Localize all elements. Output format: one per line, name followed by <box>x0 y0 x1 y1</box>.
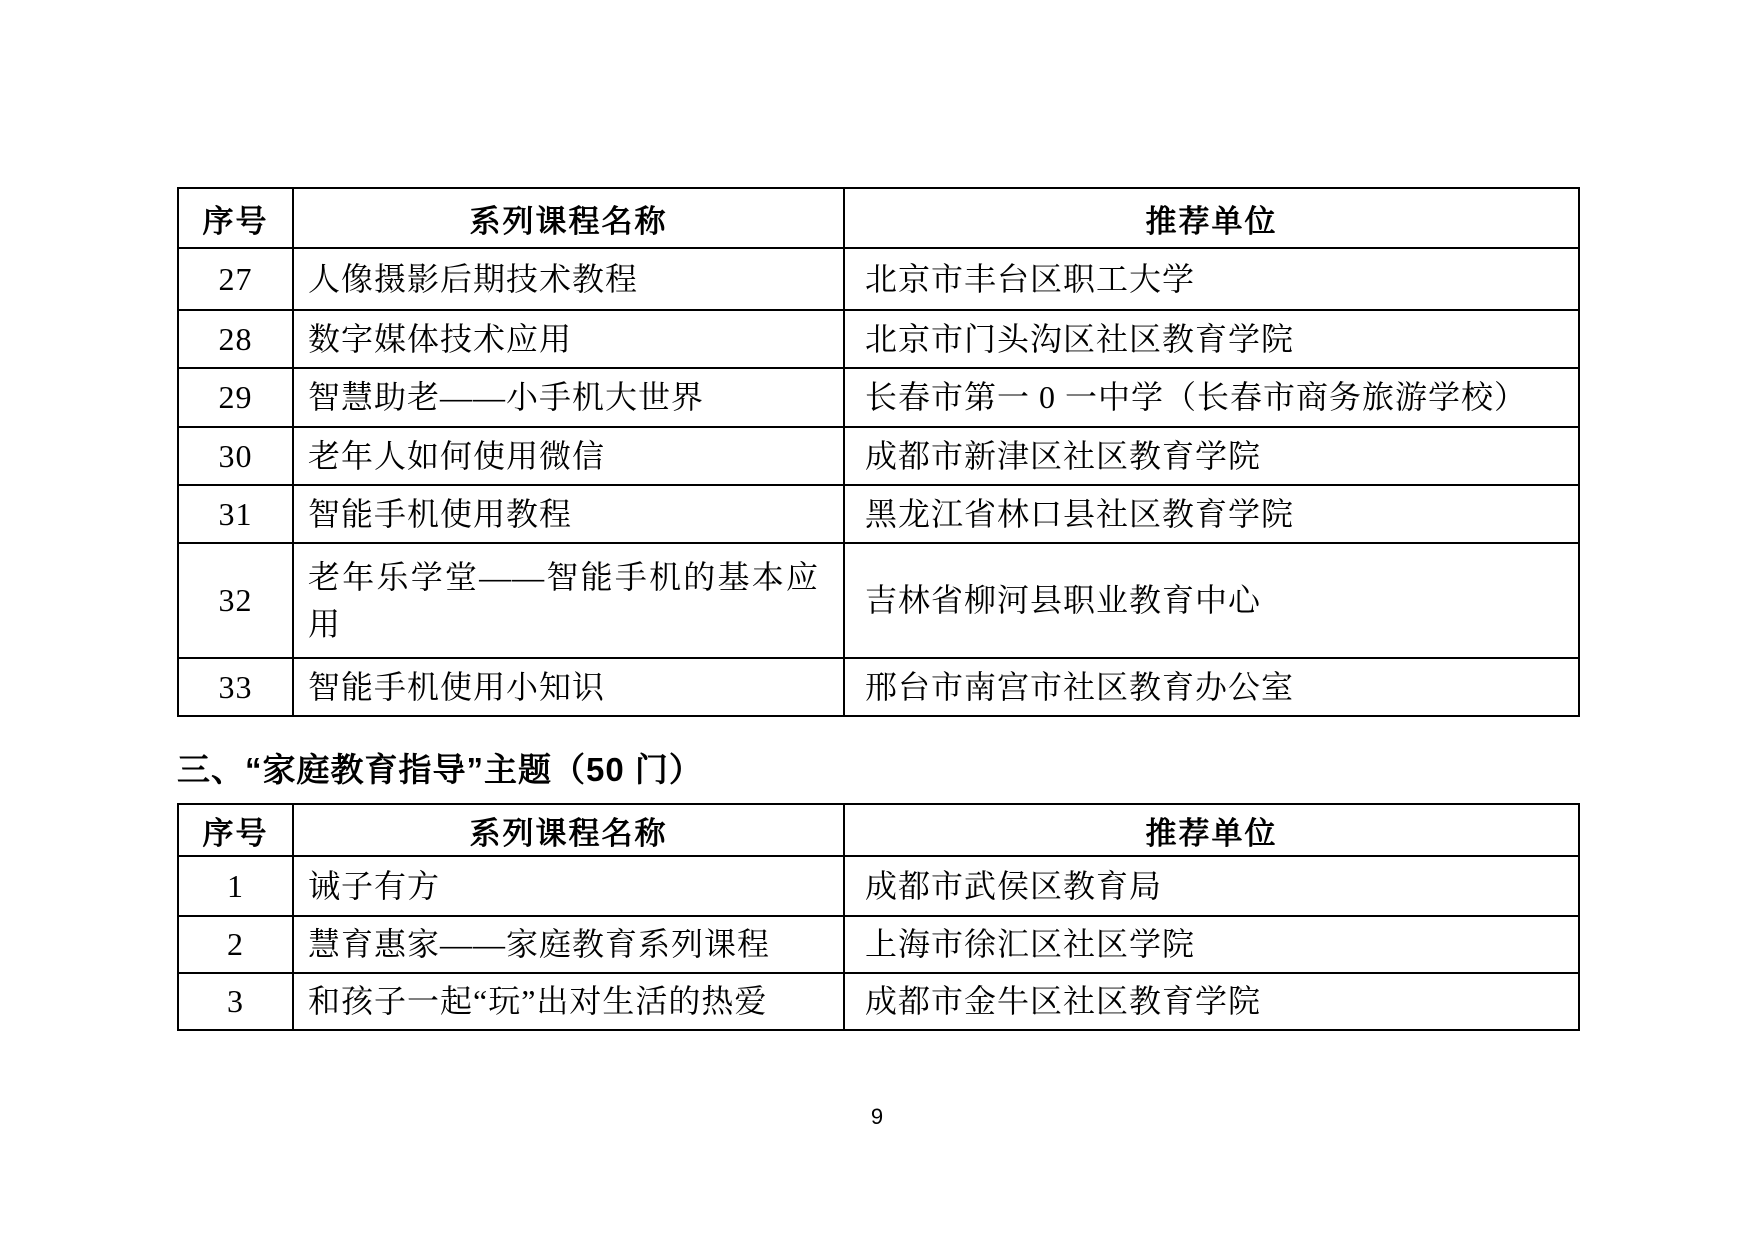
cell-row-number: 32 <box>178 543 293 658</box>
table-row: 28数字媒体技术应用北京市门头沟区社区教育学院 <box>178 310 1579 368</box>
cell-recommending-unit: 吉林省柳河县职业教育中心 <box>844 543 1579 658</box>
cell-recommending-unit: 长春市第一 0 一中学（长春市商务旅游学校） <box>844 368 1579 427</box>
cell-recommending-unit: 黑龙江省林口县社区教育学院 <box>844 485 1579 543</box>
cell-row-number: 30 <box>178 427 293 485</box>
cell-row-number: 1 <box>178 856 293 916</box>
cell-recommending-unit: 北京市门头沟区社区教育学院 <box>844 310 1579 368</box>
cell-recommending-unit: 成都市武侯区教育局 <box>844 856 1579 916</box>
course-table-family-education: 序号 系列课程名称 推荐单位 1诫子有方成都市武侯区教育局2慧育惠家——家庭教育… <box>177 803 1580 1031</box>
column-header-unit: 推荐单位 <box>844 188 1579 248</box>
table-row: 27人像摄影后期技术教程北京市丰台区职工大学 <box>178 248 1579 310</box>
table-row: 2慧育惠家——家庭教育系列课程上海市徐汇区社区学院 <box>178 916 1579 973</box>
cell-row-number: 31 <box>178 485 293 543</box>
table-header-row: 序号 系列课程名称 推荐单位 <box>178 804 1579 856</box>
cell-row-number: 3 <box>178 973 293 1030</box>
cell-course-name: 智能手机使用小知识 <box>293 658 844 716</box>
section-heading: 三、“家庭教育指导”主题（50 门） <box>177 748 703 792</box>
cell-course-name: 诫子有方 <box>293 856 844 916</box>
cell-course-name: 数字媒体技术应用 <box>293 310 844 368</box>
cell-recommending-unit: 成都市新津区社区教育学院 <box>844 427 1579 485</box>
cell-recommending-unit: 上海市徐汇区社区学院 <box>844 916 1579 973</box>
cell-row-number: 2 <box>178 916 293 973</box>
table-row: 1诫子有方成都市武侯区教育局 <box>178 856 1579 916</box>
table-row: 序号 系列课程名称 推荐单位 <box>178 804 1579 856</box>
course-table-upper: 序号 系列课程名称 推荐单位 27人像摄影后期技术教程北京市丰台区职工大学28数… <box>177 187 1580 717</box>
table-header-row: 序号 系列课程名称 推荐单位 <box>178 188 1579 248</box>
cell-recommending-unit: 成都市金牛区社区教育学院 <box>844 973 1579 1030</box>
table-row: 33智能手机使用小知识邢台市南宫市社区教育办公室 <box>178 658 1579 716</box>
cell-course-name: 和孩子一起“玩”出对生活的热爱 <box>293 973 844 1030</box>
column-header-course-name: 系列课程名称 <box>293 804 844 856</box>
cell-recommending-unit: 邢台市南宫市社区教育办公室 <box>844 658 1579 716</box>
table-row: 30老年人如何使用微信成都市新津区社区教育学院 <box>178 427 1579 485</box>
cell-recommending-unit: 北京市丰台区职工大学 <box>844 248 1579 310</box>
column-header-unit: 推荐单位 <box>844 804 1579 856</box>
cell-course-name: 人像摄影后期技术教程 <box>293 248 844 310</box>
table-row: 序号 系列课程名称 推荐单位 <box>178 188 1579 248</box>
page-number: 9 <box>0 1104 1754 1130</box>
cell-course-name: 智慧助老——小手机大世界 <box>293 368 844 427</box>
table-row: 32老年乐学堂——智能手机的基本应用吉林省柳河县职业教育中心 <box>178 543 1579 658</box>
column-header-no: 序号 <box>178 188 293 248</box>
table-row: 31智能手机使用教程黑龙江省林口县社区教育学院 <box>178 485 1579 543</box>
cell-course-name: 智能手机使用教程 <box>293 485 844 543</box>
cell-course-name: 老年人如何使用微信 <box>293 427 844 485</box>
document-page: 序号 系列课程名称 推荐单位 27人像摄影后期技术教程北京市丰台区职工大学28数… <box>0 0 1754 1241</box>
cell-row-number: 29 <box>178 368 293 427</box>
cell-course-name: 老年乐学堂——智能手机的基本应用 <box>293 543 844 658</box>
column-header-no: 序号 <box>178 804 293 856</box>
table-row: 29智慧助老——小手机大世界长春市第一 0 一中学（长春市商务旅游学校） <box>178 368 1579 427</box>
table-row: 3和孩子一起“玩”出对生活的热爱成都市金牛区社区教育学院 <box>178 973 1579 1030</box>
cell-course-name: 慧育惠家——家庭教育系列课程 <box>293 916 844 973</box>
cell-row-number: 27 <box>178 248 293 310</box>
cell-row-number: 33 <box>178 658 293 716</box>
cell-row-number: 28 <box>178 310 293 368</box>
column-header-course-name: 系列课程名称 <box>293 188 844 248</box>
